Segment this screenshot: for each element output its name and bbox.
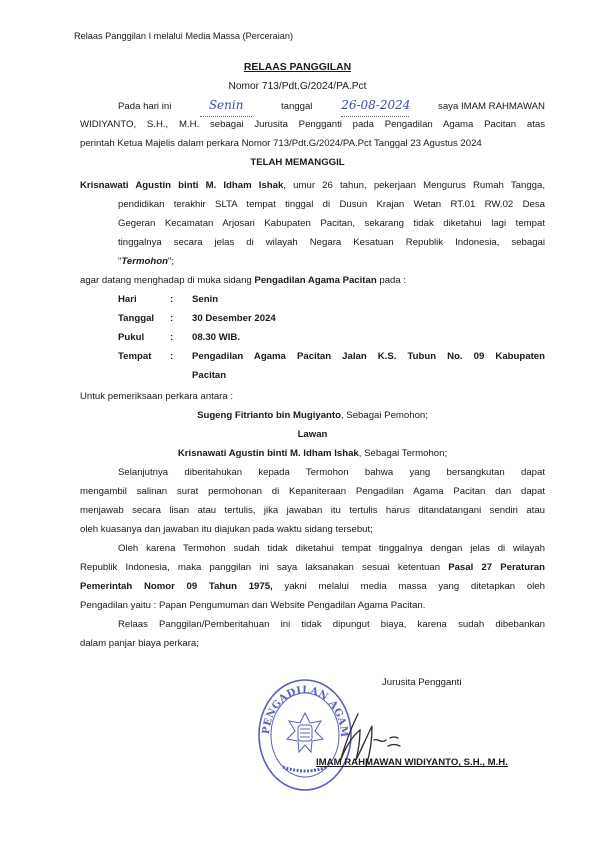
agar-line: agar datang menghadap di muka sidang Pen…: [80, 271, 545, 290]
termohon-line-1: Krisnawati Agustin binti M. Idham Ishak,…: [80, 176, 545, 195]
selanjutnya-line-1: Selanjutnya diberitahukan kepada Termoho…: [118, 463, 545, 482]
schedule-colon: :: [170, 328, 173, 347]
oleh-karena-line-2: Republik Indonesia, maka panggilan ini s…: [80, 558, 545, 577]
schedule-value-tempat-cont: Pacitan: [192, 366, 226, 385]
biaya-line-1: Relaas Panggilan/Pemberitahuan ini tidak…: [118, 615, 545, 634]
schedule-colon: :: [170, 347, 173, 366]
schedule-label-tanggal: Tanggal: [118, 309, 178, 328]
termohon-role-line: Krisnawati Agustin binti M. Idham Ishak,…: [80, 444, 545, 463]
perkara-intro: Untuk pemeriksaan perkara antara :: [80, 387, 545, 406]
selanjutnya-line-2: mengambil salinan surat permohonan di Ke…: [80, 482, 545, 501]
schedule-label-tempat: Tempat: [118, 347, 178, 366]
document-title: RELAAS PANGGILAN: [0, 58, 595, 77]
selanjutnya-line-3: menjawab secara lisan atau tertulis, jik…: [80, 501, 545, 520]
schedule-colon: :: [170, 309, 173, 328]
schedule-value-hari: Senin: [192, 290, 218, 309]
oleh-karena-line-3: Pemerintah Nomor 09 Tahun 1975, yakni me…: [80, 577, 545, 596]
selanjutnya-line-4: oleh kuasanya dan jawaban itu diajukan p…: [80, 520, 545, 539]
telah-memanggil-heading: TELAH MEMANGGIL: [0, 153, 595, 172]
termohon-line-3: Gegeran Kecamatan Arjosari Kabupaten Pac…: [118, 214, 545, 233]
schedule-value-tanggal: 30 Desember 2024: [192, 309, 276, 328]
termohon-label: "Termohon";: [118, 252, 545, 271]
termohon-line-4: tinggalnya secara jelas di wilayah Negar…: [118, 233, 545, 252]
schedule-colon: :: [170, 290, 173, 309]
oleh-karena-line-4: Pengadilan yaitu : Papan Pengumuman dan …: [80, 596, 545, 615]
signature-role: Jurusita Pengganti: [382, 673, 461, 692]
termohon-line-2: pendidikan terakhir SLTA tempat tinggal …: [118, 195, 545, 214]
lawan-label: Lawan: [80, 425, 545, 444]
schedule-value-pukul: 08.30 WIB.: [192, 328, 240, 347]
opening-line-3: perintah Ketua Majelis dalam perkara Nom…: [80, 134, 545, 153]
case-number: Nomor 713/Pdt.G/2024/PA.Pct: [0, 77, 595, 96]
schedule-label-pukul: Pukul: [118, 328, 178, 347]
signatory-name: IMAM RAHMAWAN WIDIYANTO, S.H., M.H.: [316, 757, 508, 768]
biaya-line-2: dalam panjar biaya perkara;: [80, 634, 545, 653]
pemohon-line: Sugeng Fitrianto bin Mugiyanto, Sebagai …: [80, 406, 545, 425]
document-header: Relaas Panggilan I melalui Media Massa (…: [74, 27, 293, 46]
opening-line-2: WIDIYANTO, S.H., M.H. sebagai Jurusita P…: [80, 115, 545, 134]
schedule-value-tempat: Pengadilan Agama Pacitan Jalan K.S. Tubu…: [192, 347, 545, 366]
schedule-label-hari: Hari: [118, 290, 178, 309]
oleh-karena-line-1: Oleh karena Termohon sudah tidak diketah…: [118, 539, 545, 558]
